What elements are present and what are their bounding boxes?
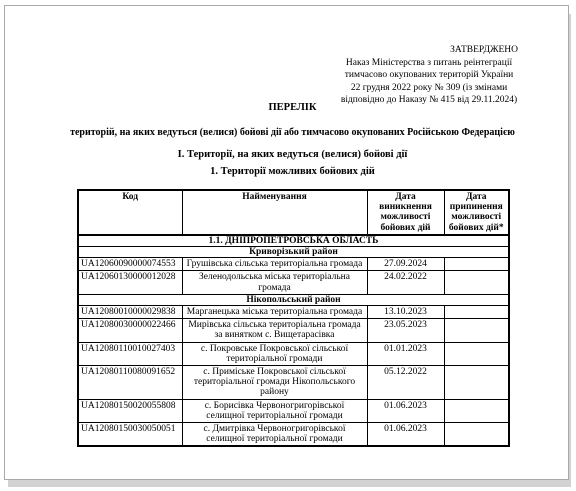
cell-code: UA12060090000074553 <box>78 258 182 271</box>
cell-date-start: 27.09.2024 <box>367 258 444 271</box>
cell-code: UA12080110010027403 <box>78 342 182 365</box>
cell-date-end <box>444 423 509 447</box>
chapter-heading: І. Території, на яких ведуться (велися) … <box>45 149 540 160</box>
table-row: UA12060130000012028Зеленодольська міська… <box>78 271 509 294</box>
cell-code: UA12060130000012028 <box>78 271 182 294</box>
cell-date-end <box>444 366 509 400</box>
document-title: ПЕРЕЛІК <box>45 102 540 113</box>
table-row: UA12080110080091652с. Приміське Покровсь… <box>78 366 509 400</box>
cell-date-end <box>444 342 509 365</box>
cell-code: UA12080030000022466 <box>78 319 182 342</box>
cell-date-end <box>444 306 509 319</box>
table-row: UA12060090000074553Грушівська сільська т… <box>78 258 509 271</box>
table-row: UA12080030000022466Мирівська сільська те… <box>78 319 509 342</box>
cell-code: UA12080110080091652 <box>78 366 182 400</box>
cell-name: Зеленодольська міська територіальна гром… <box>182 271 367 294</box>
column-header-name: Найменування <box>182 190 367 235</box>
cell-date-start: 01.01.2023 <box>367 342 444 365</box>
approval-order-line: Наказ Міністерства з питань реінтеграції <box>336 57 522 70</box>
approval-order-line: 22 грудня 2022 року № 309 (із змінами <box>336 82 522 95</box>
cell-date-start: 13.10.2023 <box>367 306 444 319</box>
section-label: Криворізький район <box>78 247 509 258</box>
approval-block: ЗАТВЕРДЖЕНО Наказ Міністерства з питань … <box>336 44 522 107</box>
cell-code: UA12080150020055808 <box>78 399 182 422</box>
cell-date-start: 24.02.2022 <box>367 271 444 294</box>
cell-date-end <box>444 258 509 271</box>
cell-name: Марганецька міська територіальна громада <box>182 306 367 319</box>
table-row: UA12080010000029838Марганецька міська те… <box>78 306 509 319</box>
cell-code: UA12080010000029838 <box>78 306 182 319</box>
column-header-date-start: Дата виникнення можливості бойових дій <box>367 190 444 235</box>
cell-date-end <box>444 319 509 342</box>
section-row: 1.1. ДНІПРОПЕТРОВСЬКА ОБЛАСТЬ <box>78 235 509 247</box>
cell-name: Мирівська сільська територіальна громада… <box>182 319 367 342</box>
territories-table: Код Найменування Дата виникнення можливо… <box>77 189 510 447</box>
document-subtitle: територій, на яких ведуться (велися) бой… <box>45 127 540 138</box>
cell-date-start: 01.06.2023 <box>367 399 444 422</box>
cell-date-end <box>444 271 509 294</box>
table-row: UA12080150030050051с. Дмитрівка Червоног… <box>78 423 509 447</box>
cell-name: с. Покровське Покровської сільської тери… <box>182 342 367 365</box>
cell-name: с. Дмитрівка Червоногригорівської селищн… <box>182 423 367 447</box>
cell-date-start: 23.05.2023 <box>367 319 444 342</box>
cell-name: с. Приміське Покровської сільської терит… <box>182 366 367 400</box>
section-label: Нікопольський район <box>78 294 509 305</box>
cell-date-end <box>444 399 509 422</box>
section-label: 1.1. ДНІПРОПЕТРОВСЬКА ОБЛАСТЬ <box>78 235 509 247</box>
column-header-code: Код <box>78 190 182 235</box>
cell-code: UA12080150030050051 <box>78 423 182 447</box>
column-header-date-end: Дата припинення можливості бойових дій* <box>444 190 509 235</box>
cell-name: Грушівська сільська територіальна громад… <box>182 258 367 271</box>
document-page: ЗАТВЕРДЖЕНО Наказ Міністерства з питань … <box>4 5 569 480</box>
table-header-row: Код Найменування Дата виникнення можливо… <box>78 190 509 235</box>
approval-approved-label: ЗАТВЕРДЖЕНО <box>336 44 522 57</box>
cell-name: с. Борисівка Червоногригорівської селищн… <box>182 399 367 422</box>
section-row: Криворізький район <box>78 247 509 258</box>
approval-order-line: тимчасово окупованих територій України <box>336 69 522 82</box>
table-row: UA12080110010027403с. Покровське Покровс… <box>78 342 509 365</box>
table-row: UA12080150020055808с. Борисівка Червоног… <box>78 399 509 422</box>
cell-date-start: 01.06.2023 <box>367 423 444 447</box>
section-heading: 1. Території можливих бойових дій <box>45 166 540 177</box>
section-row: Нікопольський район <box>78 294 509 305</box>
cell-date-start: 05.12.2022 <box>367 366 444 400</box>
